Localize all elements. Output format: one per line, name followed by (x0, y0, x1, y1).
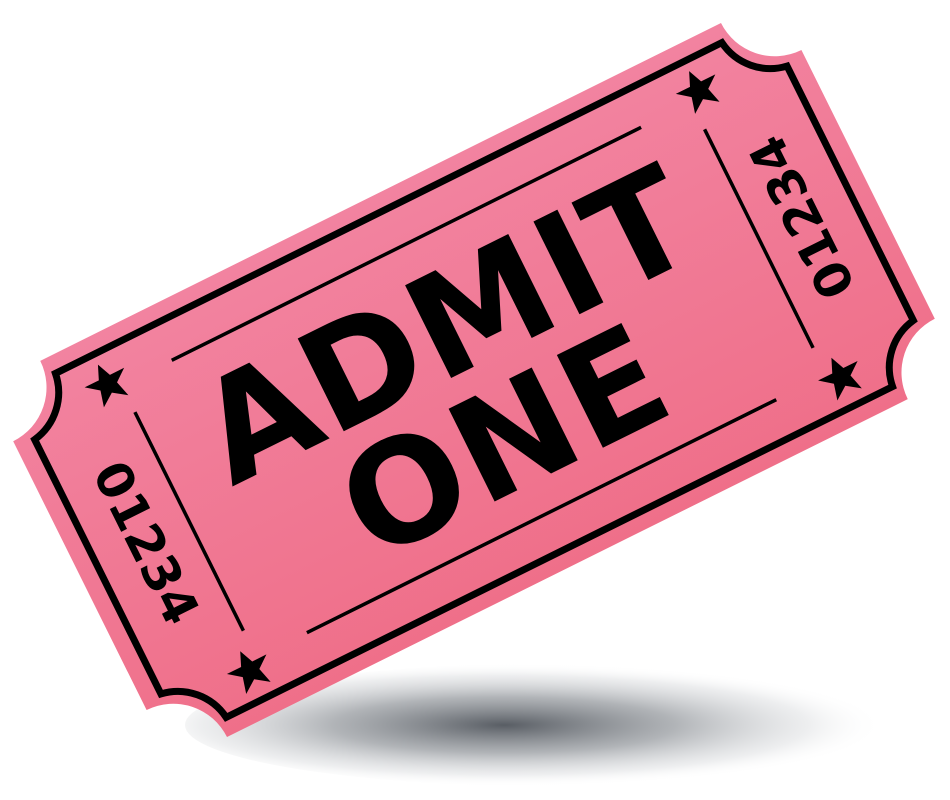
ticket: ADMIT ONE 01234 01234 (0, 0, 950, 764)
ticket-illustration: ADMIT ONE 01234 01234 (0, 0, 950, 800)
